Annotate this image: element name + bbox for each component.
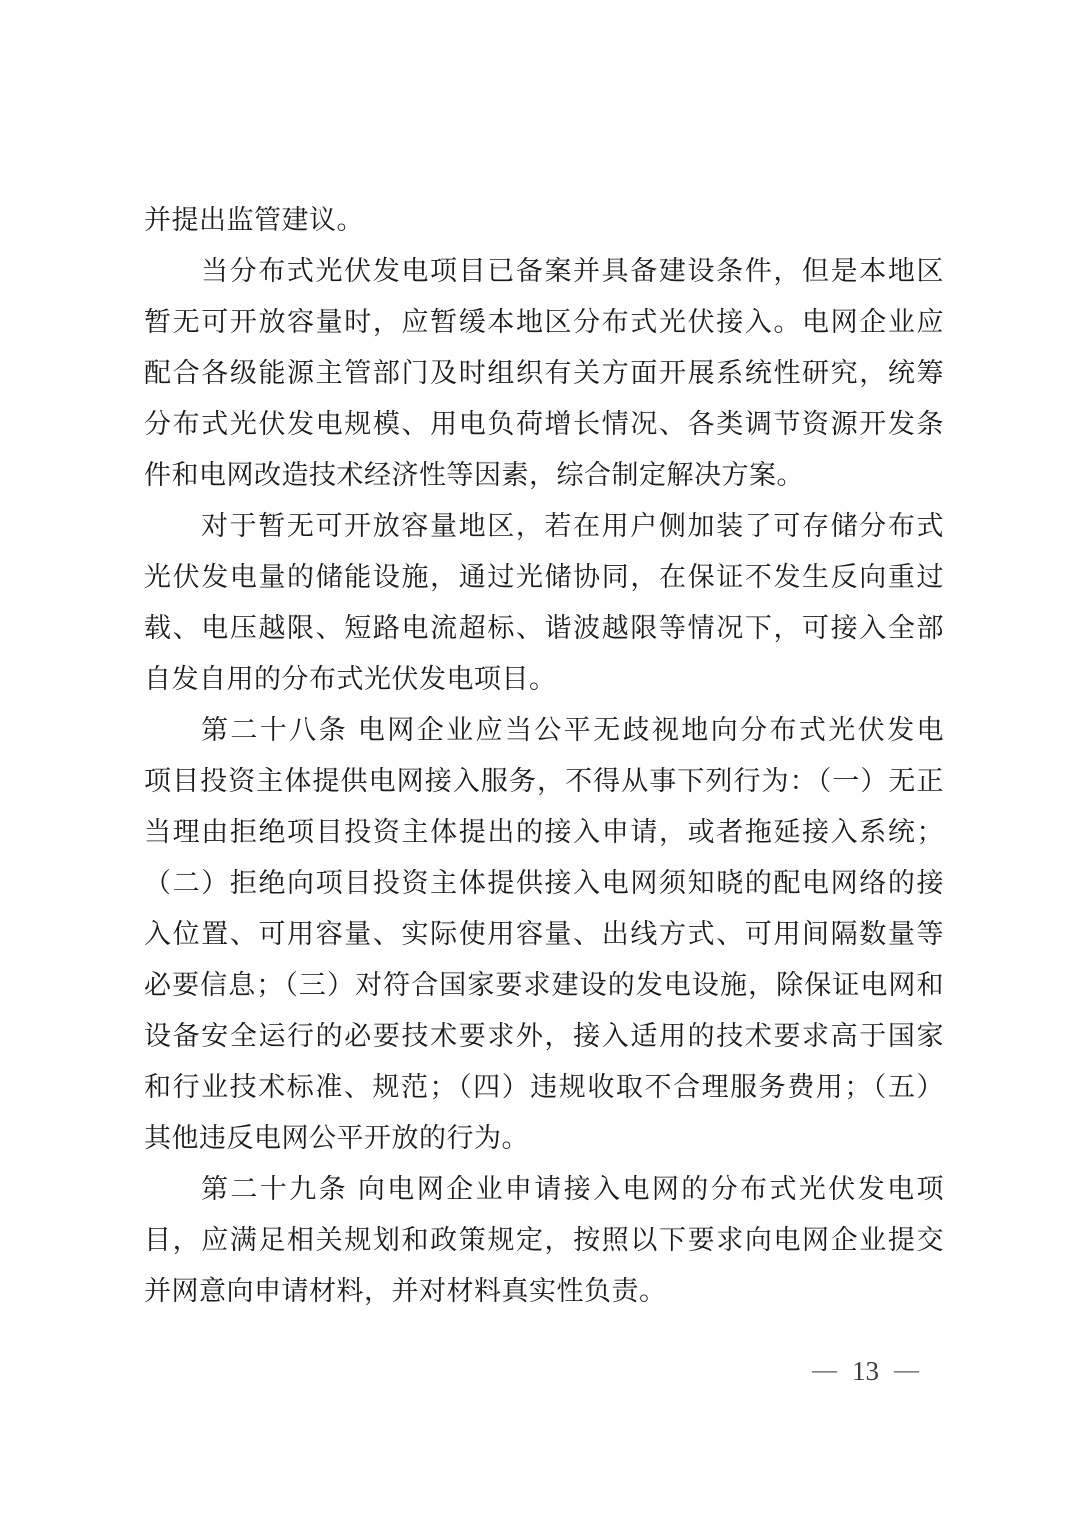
text-line: 目，应满足相关规划和政策规定，按照以下要求向电网企业提交	[144, 1215, 944, 1266]
document-body: 并提出监管建议。当分布式光伏发电项目已备案并具备建设条件，但是本地区暂无可开放容…	[144, 195, 944, 1317]
text-line: 第二十八条 电网企业应当公平无歧视地向分布式光伏发电	[144, 705, 944, 756]
text-line: 对于暂无可开放容量地区，若在用户侧加装了可存储分布式	[144, 501, 944, 552]
text-line: 当分布式光伏发电项目已备案并具备建设条件，但是本地区	[144, 246, 944, 297]
text-line: 并网意向申请材料，并对材料真实性负责。	[144, 1266, 944, 1317]
paragraph: 对于暂无可开放容量地区，若在用户侧加装了可存储分布式光伏发电量的储能设施，通过光…	[144, 501, 944, 705]
text-line: 分布式光伏发电规模、用电负荷增长情况、各类调节资源开发条	[144, 399, 944, 450]
text-line: 件和电网改造技术经济性等因素，综合制定解决方案。	[144, 450, 944, 501]
page-number-dash-right: —	[894, 1357, 919, 1385]
paragraph: 第二十九条 向电网企业申请接入电网的分布式光伏发电项目，应满足相关规划和政策规定…	[144, 1164, 944, 1317]
text-line: 项目投资主体提供电网接入服务，不得从事下列行为：（一）无正	[144, 756, 944, 807]
paragraph: 并提出监管建议。	[144, 195, 944, 246]
paragraph: 第二十八条 电网企业应当公平无歧视地向分布式光伏发电项目投资主体提供电网接入服务…	[144, 705, 944, 1164]
text-line: 必要信息；（三）对符合国家要求建设的发电设施，除保证电网和	[144, 960, 944, 1011]
text-line: 入位置、可用容量、实际使用容量、出线方式、可用间隔数量等	[144, 909, 944, 960]
text-line: 自发自用的分布式光伏发电项目。	[144, 654, 944, 705]
paragraph: 当分布式光伏发电项目已备案并具备建设条件，但是本地区暂无可开放容量时，应暂缓本地…	[144, 246, 944, 501]
text-line: 和行业技术标准、规范；（四）违规收取不合理服务费用；（五）	[144, 1062, 944, 1113]
text-line: 暂无可开放容量时，应暂缓本地区分布式光伏接入。电网企业应	[144, 297, 944, 348]
text-line: 配合各级能源主管部门及时组织有关方面开展系统性研究，统筹	[144, 348, 944, 399]
page-number: — 13 —	[812, 1356, 919, 1387]
text-line: 设备安全运行的必要技术要求外，接入适用的技术要求高于国家	[144, 1011, 944, 1062]
page-number-value: 13	[852, 1356, 879, 1387]
text-line: （二）拒绝向项目投资主体提供接入电网须知晓的配电网络的接	[144, 858, 944, 909]
text-line: 其他违反电网公平开放的行为。	[144, 1113, 944, 1164]
text-line: 当理由拒绝项目投资主体提出的接入申请，或者拖延接入系统；	[144, 807, 944, 858]
document-page: 并提出监管建议。当分布式光伏发电项目已备案并具备建设条件，但是本地区暂无可开放容…	[0, 0, 1080, 1527]
text-line: 载、电压越限、短路电流超标、谐波越限等情况下，可接入全部	[144, 603, 944, 654]
text-line: 光伏发电量的储能设施，通过光储协同，在保证不发生反向重过	[144, 552, 944, 603]
text-line: 并提出监管建议。	[144, 195, 944, 246]
page-number-dash-left: —	[812, 1357, 837, 1385]
text-line: 第二十九条 向电网企业申请接入电网的分布式光伏发电项	[144, 1164, 944, 1215]
